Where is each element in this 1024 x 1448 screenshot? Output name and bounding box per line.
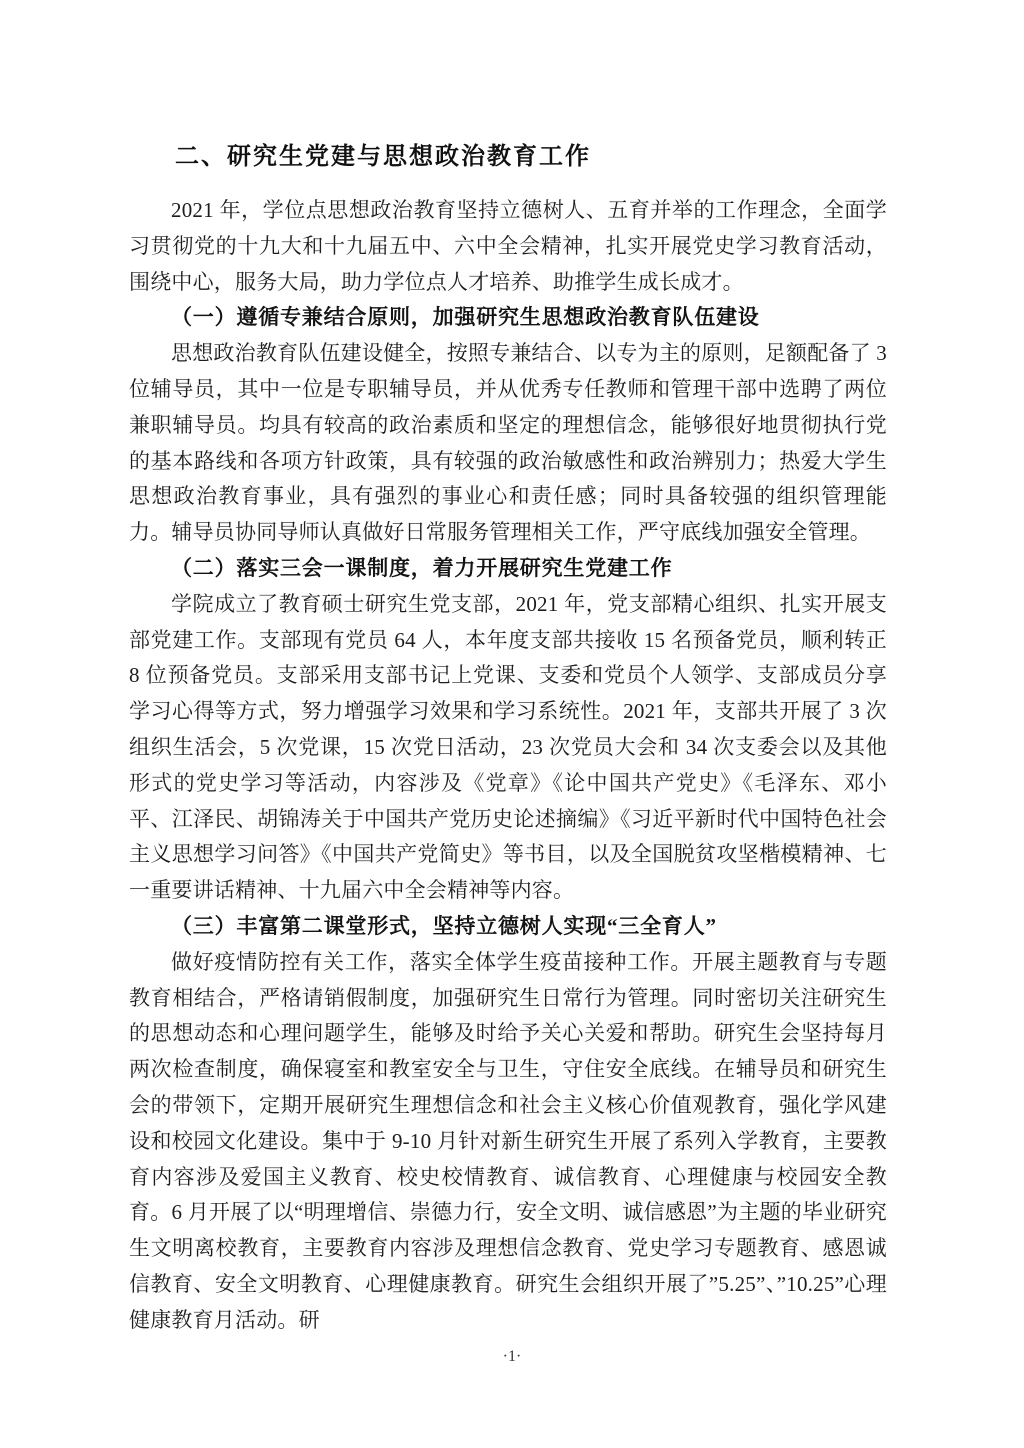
section-title: 二、研究生党建与思想政治教育工作 bbox=[175, 140, 887, 173]
document-page: 二、研究生党建与思想政治教育工作 2021 年，学位点思想政治教育坚持立德树人、… bbox=[0, 0, 1024, 1448]
subsection-heading-2: （二）落实三会一课制度，着力开展研究生党建工作 bbox=[129, 551, 887, 587]
document-body: 二、研究生党建与思想政治教育工作 2021 年，学位点思想政治教育坚持立德树人、… bbox=[129, 140, 887, 1339]
paragraph-intro: 2021 年，学位点思想政治教育坚持立德树人、五育并举的工作理念，全面学习贯彻党… bbox=[129, 193, 887, 300]
paragraph-team-building: 思想政治教育队伍建设健全，按照专兼结合、以专为主的原则，足额配备了 3 位辅导员… bbox=[129, 336, 887, 551]
subsection-heading-3: （三）丰富第二课堂形式，坚持立德树人实现“三全育人” bbox=[129, 909, 887, 945]
page-number: ·1· bbox=[0, 1346, 1024, 1368]
paragraph-party-branch: 学院成立了教育硕士研究生党支部，2021 年，党支部精心组织、扎实开展支部党建工… bbox=[129, 587, 887, 909]
paragraph-second-classroom: 做好疫情防控有关工作，落实全体学生疫苗接种工作。开展主题教育与专题教育相结合，严… bbox=[129, 945, 887, 1339]
subsection-heading-1: （一）遵循专兼结合原则，加强研究生思想政治教育队伍建设 bbox=[129, 300, 887, 336]
